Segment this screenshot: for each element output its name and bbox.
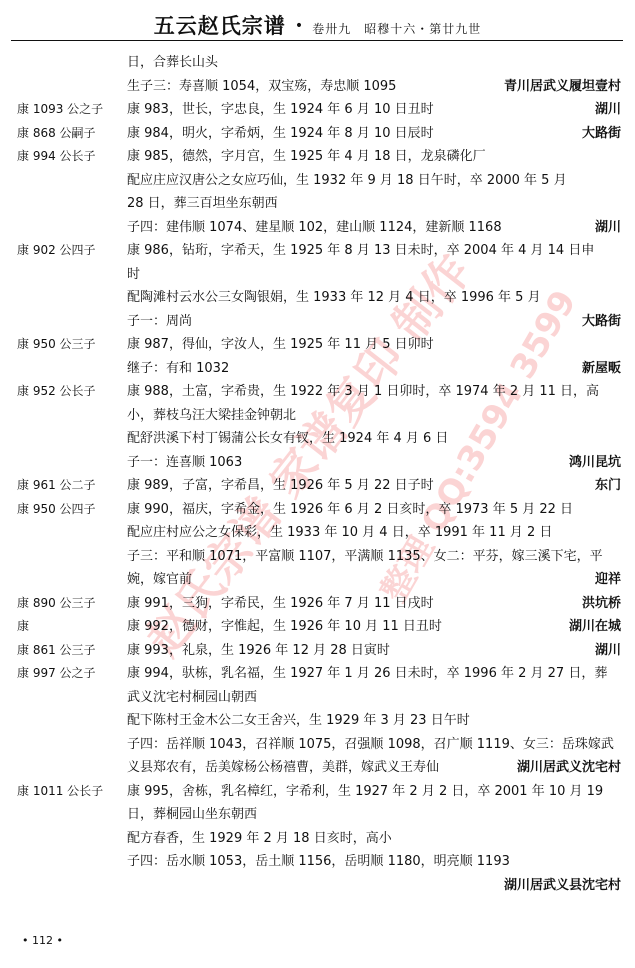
residence-location: 湖川在城 — [569, 615, 621, 639]
entry-line: 武义沈宅村桐园山朝西 — [0, 686, 635, 710]
parent-reference: 康 1011 公长子 — [17, 780, 103, 804]
residence-location: 洪坑桥 — [582, 592, 621, 616]
entry-line: 康 861 公三子康 993，礼泉，生 1926 年 12 月 28 日寅时湖川 — [0, 639, 635, 663]
entry-line: 康 994 公长子康 985，德然，字月宫，生 1925 年 4 月 18 日，… — [0, 145, 635, 169]
residence-location: 新屋畈 — [582, 357, 621, 381]
entry-line: 日，合葬长山头 — [0, 51, 635, 75]
entry-text: 配舒洪溪下村丁锡蒲公长女有钗，生 1924 年 4 月 6 日 — [127, 427, 448, 451]
residence-location: 青川居武义履坦壹村 — [504, 75, 621, 99]
entry-text: 康 983，世长，字忠良，生 1924 年 6 月 10 日丑时 — [127, 98, 434, 122]
entry-text: 配应庄应汉唐公之女应巧仙，生 1932 年 9 月 18 日午时，卒 2000 … — [127, 169, 567, 193]
entry-text: 康 992，德财，字惟起，生 1926 年 10 月 11 日丑时 — [127, 615, 442, 639]
entry-text: 时 — [127, 263, 140, 287]
residence-location: 湖川 — [595, 216, 621, 240]
entry-line: 康 1093 公之子康 983，世长，字忠良，生 1924 年 6 月 10 日… — [0, 98, 635, 122]
parent-reference: 康 890 公三子 — [17, 592, 96, 616]
entry-text: 配陶滩村云水公三女陶银娟，生 1933 年 12 月 4 日，卒 1996 年 … — [127, 286, 541, 310]
entry-text: 子四：岳祥顺 1043，召祥顺 1075，召强顺 1098，召广顺 1119、女… — [127, 733, 614, 757]
parent-reference: 康 — [17, 615, 29, 639]
entry-line: 子三：平和顺 1071，平富顺 1107，平满顺 1135、女二：平芬，嫁三溪下… — [0, 545, 635, 569]
entry-text: 配下陈村王金木公二女王舍兴，生 1929 年 3 月 23 日午时 — [127, 709, 470, 733]
entry-line: 配应庄应汉唐公之女应巧仙，生 1932 年 9 月 18 日午时，卒 2000 … — [0, 169, 635, 193]
book-title: 五云赵氏宗谱 — [154, 13, 286, 38]
entry-line: 康 997 公之子康 994，驮栋，乳名福，生 1927 年 1 月 26 日未… — [0, 662, 635, 686]
title-separator: • — [295, 18, 303, 34]
entry-text: 子一：连喜顺 1063 — [127, 451, 242, 475]
residence-location: 湖川 — [595, 639, 621, 663]
page-number: • 112 • — [22, 934, 63, 947]
entry-line: 继子：有和 1032新屋畈 — [0, 357, 635, 381]
parent-reference: 康 997 公之子 — [17, 662, 96, 686]
entry-text: 日，合葬长山头 — [127, 51, 218, 75]
entry-text: 康 984，明火，字希炳，生 1924 年 8 月 10 日辰时 — [127, 122, 434, 146]
entry-line: 28 日，葬三百坦坐东朝西 — [0, 192, 635, 216]
residence-location: 湖川居武义沈宅村 — [517, 756, 621, 780]
residence-location: 湖川 — [595, 98, 621, 122]
residence-location: 东门 — [595, 474, 621, 498]
residence-location: 迎祥 — [595, 568, 621, 592]
entry-line: 子一：连喜顺 1063鸿川昆坑 — [0, 451, 635, 475]
entry-text: 康 988，土富，字希贵，生 1922 年 3 月 1 日卯时，卒 1974 年… — [127, 380, 599, 404]
entry-line: 康 950 公三子康 987，得仙，字汝人，生 1925 年 11 月 5 日卯… — [0, 333, 635, 357]
section-subtitle: 卷卅九 昭穆十六・第廿九世 — [312, 22, 481, 36]
parent-reference: 康 994 公长子 — [17, 145, 96, 169]
entry-line: 配方春香，生 1929 年 2 月 18 日亥时，高小 — [0, 827, 635, 851]
entry-line: 配舒洪溪下村丁锡蒲公长女有钗，生 1924 年 4 月 6 日 — [0, 427, 635, 451]
entry-line: 义县郑农有，岳美嫁杨公杨禧曹，美群，嫁武义王寿仙湖川居武义沈宅村 — [0, 756, 635, 780]
page-header: 五云赵氏宗谱 • 卷卅九 昭穆十六・第廿九世 — [0, 10, 635, 40]
parent-reference: 康 902 公四子 — [17, 239, 96, 263]
entry-text: 继子：有和 1032 — [127, 357, 229, 381]
parent-reference: 康 868 公嗣子 — [17, 122, 96, 146]
entry-text: 28 日，葬三百坦坐东朝西 — [127, 192, 278, 216]
entry-line: 康 952 公长子康 988，土富，字希贵，生 1922 年 3 月 1 日卯时… — [0, 380, 635, 404]
entry-text: 配方春香，生 1929 年 2 月 18 日亥时，高小 — [127, 827, 392, 851]
entry-line: 康 1011 公长子康 995，舍栋，乳名樟红，字希利，生 1927 年 2 月… — [0, 780, 635, 804]
entry-line: 康 902 公四子康 986，钻珩，字希天，生 1925 年 8 月 13 日未… — [0, 239, 635, 263]
entry-line: 康 868 公嗣子康 984，明火，字希炳，生 1924 年 8 月 10 日辰… — [0, 122, 635, 146]
entry-text: 康 986，钻珩，字希天，生 1925 年 8 月 13 日未时，卒 2004 … — [127, 239, 594, 263]
entry-text: 子四：岳水顺 1053，岳土顺 1156，岳明顺 1180，明亮顺 1193 — [127, 850, 510, 874]
entry-line: 小，葬枝乌汪大梁挂金钟朝北 — [0, 404, 635, 428]
entry-text: 康 987，得仙，字汝人，生 1925 年 11 月 5 日卯时 — [127, 333, 434, 357]
entry-line: 子四：岳祥顺 1043，召祥顺 1075，召强顺 1098，召广顺 1119、女… — [0, 733, 635, 757]
entry-text: 康 989，子富，字希昌，生 1926 年 5 月 22 日子时 — [127, 474, 434, 498]
entry-text: 康 985，德然，字月宫，生 1925 年 4 月 18 日，龙泉磷化厂 — [127, 145, 486, 169]
entry-text: 子四：建伟顺 1074、建星顺 102，建山顺 1124，建新顺 1168 — [127, 216, 502, 240]
entry-line: 子四：岳水顺 1053，岳土顺 1156，岳明顺 1180，明亮顺 1193 — [0, 850, 635, 874]
residence-location: 鸿川昆坑 — [569, 451, 621, 475]
residence-location: 湖川居武义县沈宅村 — [504, 874, 621, 898]
entry-text: 子一：周尚 — [127, 310, 192, 334]
entry-line: 子四：建伟顺 1074、建星顺 102，建山顺 1124，建新顺 1168湖川 — [0, 216, 635, 240]
parent-reference: 康 950 公四子 — [17, 498, 96, 522]
entry-line: 康 961 公二子康 989，子富，字希昌，生 1926 年 5 月 22 日子… — [0, 474, 635, 498]
entry-line: 时 — [0, 263, 635, 287]
residence-location: 大路街 — [582, 122, 621, 146]
parent-reference: 康 952 公长子 — [17, 380, 96, 404]
entry-line: 婉，嫁官前迎祥 — [0, 568, 635, 592]
parent-reference: 康 861 公三子 — [17, 639, 96, 663]
entry-line: 生子三：寿喜顺 1054，双宝殇，寿忠顺 1095青川居武义履坦壹村 — [0, 75, 635, 99]
entry-text: 康 990，福庆，字希金，生 1926 年 6 月 2 日亥时，卒 1973 年… — [127, 498, 573, 522]
entry-text: 康 991，三狗，字希民，生 1926 年 7 月 11 日戌时 — [127, 592, 434, 616]
entry-text: 武义沈宅村桐园山朝西 — [127, 686, 257, 710]
entry-text: 小，葬枝乌汪大梁挂金钟朝北 — [127, 404, 296, 428]
entry-text: 子三：平和顺 1071，平富顺 1107，平满顺 1135、女二：平芬，嫁三溪下… — [127, 545, 603, 569]
entry-line: 子一：周尚大路街 — [0, 310, 635, 334]
entry-text: 义县郑农有，岳美嫁杨公杨禧曹，美群，嫁武义王寿仙 — [127, 756, 439, 780]
entry-line: 配下陈村王金木公二女王舍兴，生 1929 年 3 月 23 日午时 — [0, 709, 635, 733]
entry-line: 康康 992，德财，字惟起，生 1926 年 10 月 11 日丑时湖川在城 — [0, 615, 635, 639]
entry-line: 日，葬桐园山坐东朝西 — [0, 803, 635, 827]
entry-text: 生子三：寿喜顺 1054，双宝殇，寿忠顺 1095 — [127, 75, 396, 99]
header-rule — [11, 40, 623, 41]
genealogy-entries: 日，合葬长山头生子三：寿喜顺 1054，双宝殇，寿忠顺 1095青川居武义履坦壹… — [0, 51, 635, 897]
entry-text: 康 994，驮栋，乳名福，生 1927 年 1 月 26 日未时，卒 1996 … — [127, 662, 607, 686]
entry-line: 康 890 公三子康 991，三狗，字希民，生 1926 年 7 月 11 日戌… — [0, 592, 635, 616]
parent-reference: 康 1093 公之子 — [17, 98, 103, 122]
residence-location: 大路街 — [582, 310, 621, 334]
entry-text: 配应庄村应公之女保彩，生 1933 年 10 月 4 日，卒 1991 年 11… — [127, 521, 552, 545]
entry-line: 配应庄村应公之女保彩，生 1933 年 10 月 4 日，卒 1991 年 11… — [0, 521, 635, 545]
entry-line: 湖川居武义县沈宅村 — [0, 874, 635, 898]
entry-line: 康 950 公四子康 990，福庆，字希金，生 1926 年 6 月 2 日亥时… — [0, 498, 635, 522]
entry-text: 婉，嫁官前 — [127, 568, 192, 592]
parent-reference: 康 950 公三子 — [17, 333, 96, 357]
entry-text: 康 993，礼泉，生 1926 年 12 月 28 日寅时 — [127, 639, 390, 663]
entry-text: 日，葬桐园山坐东朝西 — [127, 803, 257, 827]
entry-line: 配陶滩村云水公三女陶银娟，生 1933 年 12 月 4 日，卒 1996 年 … — [0, 286, 635, 310]
entry-text: 康 995，舍栋，乳名樟红，字希利，生 1927 年 2 月 2 日，卒 200… — [127, 780, 603, 804]
parent-reference: 康 961 公二子 — [17, 474, 96, 498]
